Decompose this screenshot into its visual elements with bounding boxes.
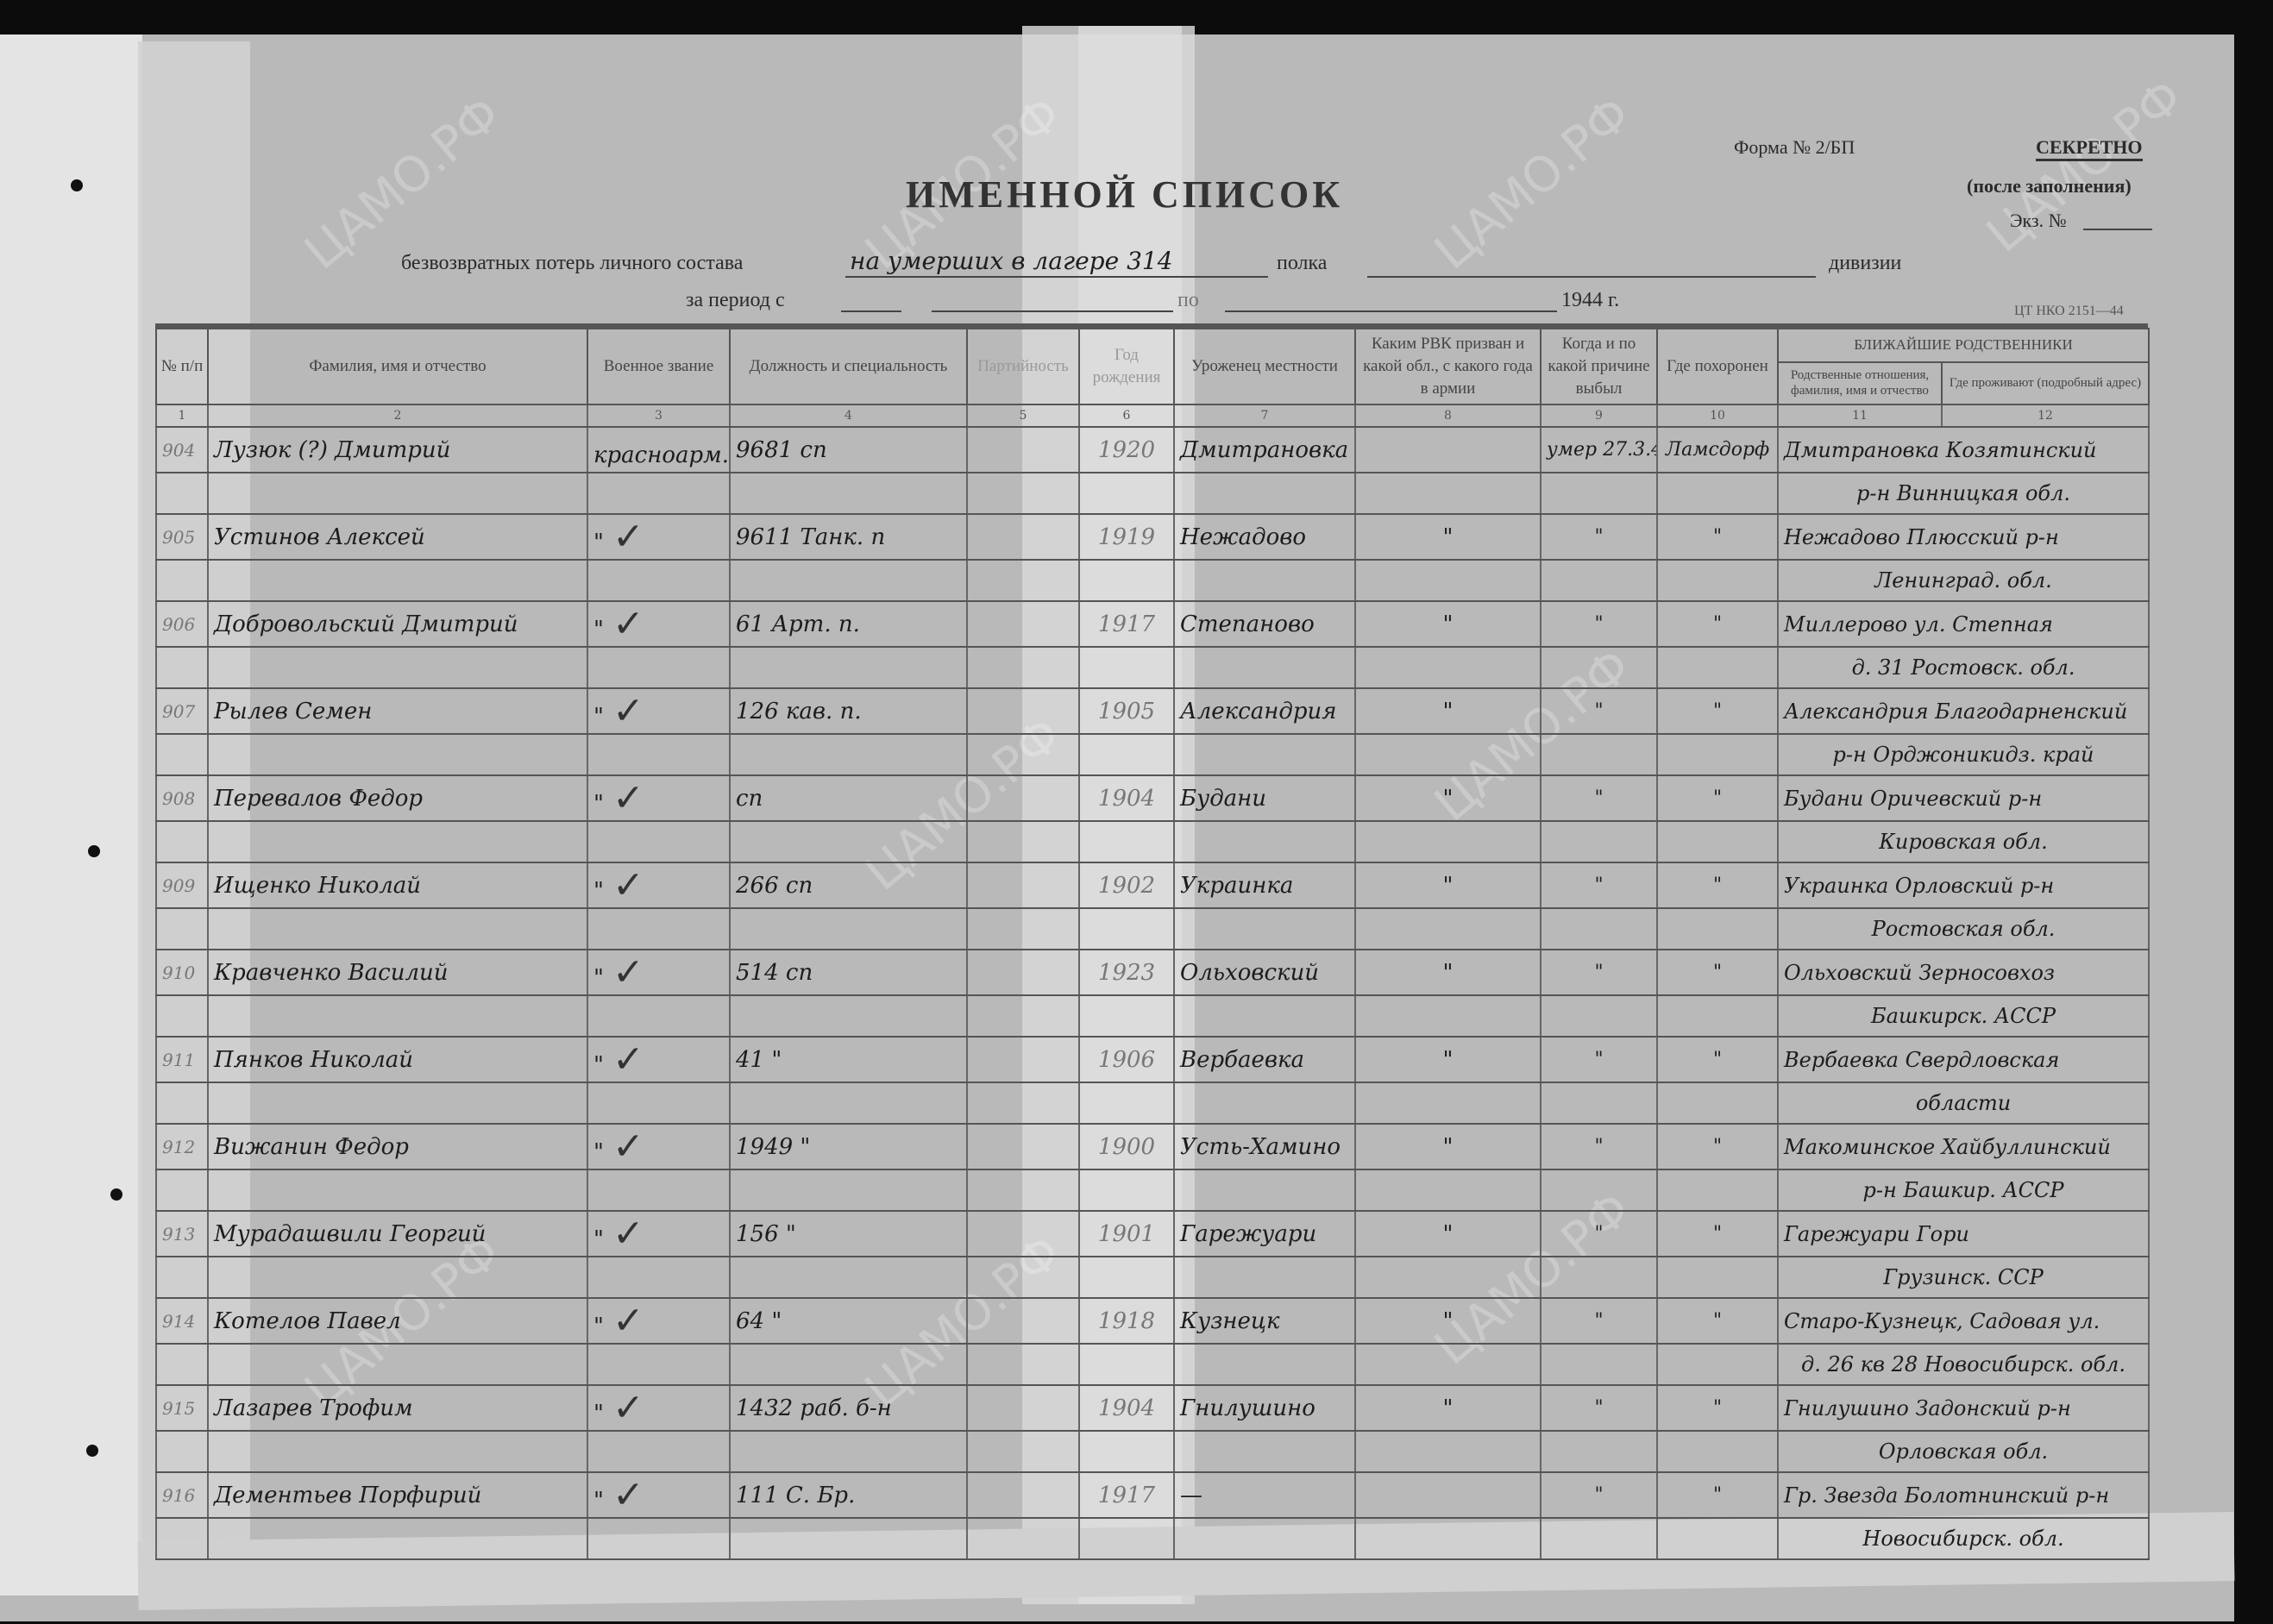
col-header-9: Когда и по какой причине выбыл [1541,329,1657,404]
col-num: 11 [1778,404,1942,427]
unit-position: 41 " [730,1037,967,1082]
military-rank: "✓ [587,688,730,734]
relatives-address-line2: Грузинск. ССР [1778,1257,2149,1298]
date-reason: " [1541,1298,1657,1344]
relatives-address: Дмитрановка Козятинский [1778,427,2149,473]
form-number: Форма № 2/БП [1734,136,1855,159]
col-header-6: Год рождения [1079,329,1174,404]
relatives-address-line2: Кировская обл. [1778,821,2149,862]
col-num: 2 [208,404,587,427]
full-name: Добровольский Дмитрий [208,601,587,647]
full-name: Вижанин Федор [208,1124,587,1169]
conscription-office: " [1355,514,1541,560]
full-name: Пянков Николай [208,1037,587,1082]
row-number: 907 [156,688,208,734]
column-number-row: 1 2 3 4 5 6 7 8 9 10 11 12 [156,404,2149,427]
burial-place: " [1657,1124,1778,1169]
full-name: Лузюк (?) Дмитрий [208,427,587,473]
relatives-address-line2: Ростовская обл. [1778,908,2149,950]
birthplace: Вербаевка [1174,1037,1355,1082]
table-row: 914 Котелов Павел "✓ 64 " 1918 Кузнецк "… [156,1298,2149,1344]
birth-year: 1904 [1079,1385,1174,1431]
party-affiliation [967,862,1079,908]
check-mark-icon: ✓ [612,1038,644,1082]
party-affiliation [967,950,1079,995]
table-row: 904 Лузюк (?) Дмитрий красноарм.✓ 9681 с… [156,427,2149,473]
date-reason: " [1541,601,1657,647]
party-affiliation [967,427,1079,473]
birthplace: Дмитрановка [1174,427,1355,473]
full-name: Устинов Алексей [208,514,587,560]
unit-position: 1432 раб. б-н [730,1385,967,1431]
burial-place: " [1657,1298,1778,1344]
burial-place: " [1657,514,1778,560]
table-row-continuation: Башкирск. АССР [156,995,2149,1037]
unit-position: 111 С. Бр. [730,1472,967,1518]
table-row-continuation: Новосибирск. обл. [156,1518,2149,1559]
row-number: 908 [156,775,208,821]
col-header-8: Каким РВК призван и какой обл., с какого… [1355,329,1541,404]
military-rank: "✓ [587,1298,730,1344]
birthplace: Усть-Хамино [1174,1124,1355,1169]
table-row-continuation: р-н Орджоникидз. край [156,734,2149,775]
conscription-office: " [1355,601,1541,647]
burial-place: " [1657,1472,1778,1518]
conscription-office: " [1355,862,1541,908]
relatives-address-line2: Орловская обл. [1778,1431,2149,1472]
after-filling-note: (после заполнения) [1967,175,2132,198]
birthplace: Гарежуари [1174,1211,1355,1257]
relatives-address-line2: Новосибирск. обл. [1778,1518,2149,1559]
birth-year: 1918 [1079,1298,1174,1344]
party-affiliation [967,688,1079,734]
check-mark-icon: ✓ [612,950,644,994]
relatives-address-line2: р-н Орджоникидз. край [1778,734,2149,775]
row-number: 913 [156,1211,208,1257]
burial-place: " [1657,1037,1778,1082]
party-affiliation [967,1298,1079,1344]
col-header-10: Где похоронен [1657,329,1778,404]
punch-hole [110,1188,122,1201]
relatives-group-header: БЛИЖАЙШИЕ РОДСТВЕННИКИ [1778,329,2149,362]
conscription-office: " [1355,775,1541,821]
tape-strip-left [0,34,142,1596]
relatives-address: Гр. Звезда Болотнинский р-н [1778,1472,2149,1518]
full-name: Котелов Павел [208,1298,587,1344]
birth-year: 1906 [1079,1037,1174,1082]
col-header-5: Партийность [967,329,1079,404]
check-mark-icon: ✓ [612,1386,644,1430]
relatives-address: Макоминское Хайбуллинский [1778,1124,2149,1169]
full-name: Ищенко Николай [208,862,587,908]
conscription-office [1355,1472,1541,1518]
birth-year: 1902 [1079,862,1174,908]
fill-line [932,310,1173,312]
document-title: ИМЕННОЙ СПИСОК [906,172,1343,216]
check-mark-icon: ✓ [612,1212,644,1256]
table-row: 913 Мурадашвили Георгий "✓ 156 " 1901 Га… [156,1211,2149,1257]
birth-year: 1900 [1079,1124,1174,1169]
conscription-office: " [1355,950,1541,995]
birth-year: 1917 [1079,1472,1174,1518]
conscription-office: " [1355,1037,1541,1082]
date-reason: " [1541,1211,1657,1257]
table-row-continuation: д. 31 Ростовск. обл. [156,647,2149,688]
full-name: Лазарев Трофим [208,1385,587,1431]
relatives-address-line2: д. 31 Ростовск. обл. [1778,647,2149,688]
birth-year: 1905 [1079,688,1174,734]
military-rank: "✓ [587,1037,730,1082]
date-reason: " [1541,688,1657,734]
relatives-address-line2: р-н Винницкая обл. [1778,473,2149,514]
military-rank: "✓ [587,1211,730,1257]
date-reason: " [1541,514,1657,560]
fill-line [1367,276,1816,278]
row-number: 905 [156,514,208,560]
date-reason: " [1541,775,1657,821]
burial-place: " [1657,1385,1778,1431]
col-header-3: Военное звание [587,329,730,404]
row-number: 904 [156,427,208,473]
col-num: 9 [1541,404,1657,427]
burial-place: " [1657,862,1778,908]
military-rank: "✓ [587,775,730,821]
division-label: дивизии [1829,252,1901,275]
table-row: 915 Лазарев Трофим "✓ 1432 раб. б-н 1904… [156,1385,2149,1431]
unit-position: 156 " [730,1211,967,1257]
birthplace: Ольховский [1174,950,1355,995]
date-reason: " [1541,1037,1657,1082]
unit-position: 64 " [730,1298,967,1344]
row-number: 909 [156,862,208,908]
full-name: Перевалов Федор [208,775,587,821]
row-number: 912 [156,1124,208,1169]
birthplace: Александрия [1174,688,1355,734]
check-mark-icon: ✓ [612,689,644,733]
unit-position: 9611 Танк. п [730,514,967,560]
punch-hole [86,1445,98,1457]
casualty-table: № п/п Фамилия, имя и отчество Военное зв… [155,328,2150,1560]
birthplace: Будани [1174,775,1355,821]
copy-number-line [2083,229,2152,230]
birth-year: 1901 [1079,1211,1174,1257]
relatives-address-line2: Ленинград. обл. [1778,560,2149,601]
military-rank: "✓ [587,1124,730,1169]
table-row-continuation: Ростовская обл. [156,908,2149,950]
date-reason: " [1541,950,1657,995]
col-num: 5 [967,404,1079,427]
burial-place: " [1657,775,1778,821]
table-header-row: № п/п Фамилия, имя и отчество Военное зв… [156,329,2149,362]
col-num: 1 [156,404,208,427]
conscription-office: " [1355,1385,1541,1431]
relatives-address: Вербаевка Свердловская [1778,1037,2149,1082]
relatives-address-line2: Башкирск. АССР [1778,995,2149,1037]
date-reason: " [1541,862,1657,908]
conscription-office: " [1355,1124,1541,1169]
full-name: Дементьев Порфирий [208,1472,587,1518]
period-prefix: за период с [686,289,785,312]
relatives-address: Гнилушино Задонский р-н [1778,1385,2149,1431]
conscription-office: " [1355,1298,1541,1344]
col-num: 8 [1355,404,1541,427]
subtitle-handwritten: на умерших в лагере 314 [850,247,1173,275]
row-number: 910 [156,950,208,995]
unit-position: 126 кав. п. [730,688,967,734]
military-rank: красноарм.✓ [587,427,730,473]
burial-place: " [1657,688,1778,734]
unit-position: 9681 сп [730,427,967,473]
table-row-continuation: Орловская обл. [156,1431,2149,1472]
col-header-2: Фамилия, имя и отчество [208,329,587,404]
relatives-address: Будани Оричевский р-н [1778,775,2149,821]
table-row-continuation: области [156,1082,2149,1124]
unit-position: 1949 " [730,1124,967,1169]
col-header-7: Уроженец местности [1174,329,1355,404]
row-number: 915 [156,1385,208,1431]
party-affiliation [967,601,1079,647]
conscription-office [1355,427,1541,473]
row-number: 911 [156,1037,208,1082]
punch-hole [71,179,83,191]
fill-line [845,276,1268,278]
print-code: ЦТ НКО 2151—44 [2014,304,2124,319]
date-reason: " [1541,1472,1657,1518]
col-num: 3 [587,404,730,427]
col-num: 10 [1657,404,1778,427]
unit-position: 514 сп [730,950,967,995]
military-rank: "✓ [587,950,730,995]
party-affiliation [967,1211,1079,1257]
birth-year: 1920 [1079,427,1174,473]
conscription-office: " [1355,688,1541,734]
party-affiliation [967,1124,1079,1169]
relatives-address: Нежадово Плюсский р-н [1778,514,2149,560]
relatives-address: Ольховский Зерносовхоз [1778,950,2149,995]
table-row-continuation: р-н Винницкая обл. [156,473,2149,514]
table-row-continuation: Кировская обл. [156,821,2149,862]
punch-hole [88,845,100,857]
check-mark-icon: ✓ [612,863,644,907]
birthplace: Степаново [1174,601,1355,647]
fill-line [841,310,901,312]
party-affiliation [967,1037,1079,1082]
date-reason: умер 27.3.44 [1541,427,1657,473]
birth-year: 1919 [1079,514,1174,560]
col-num: 6 [1079,404,1174,427]
relatives-address: Старо-Кузнецк, Садовая ул. [1778,1298,2149,1344]
col-header-11: Родственные отношения, фамилия, имя и от… [1778,362,1942,404]
table-row: 916 Дементьев Порфирий "✓ 111 С. Бр. 191… [156,1472,2149,1518]
burial-place: " [1657,1211,1778,1257]
row-number: 916 [156,1472,208,1518]
party-affiliation [967,514,1079,560]
party-affiliation [967,1472,1079,1518]
table-row-continuation: Грузинск. ССР [156,1257,2149,1298]
table-row: 912 Вижанин Федор "✓ 1949 " 1900 Усть-Ха… [156,1124,2149,1169]
table-row: 909 Ищенко Николай "✓ 266 сп 1902 Украин… [156,862,2149,908]
military-rank: "✓ [587,862,730,908]
party-affiliation [967,775,1079,821]
copy-number-label: Экз. № [2010,210,2067,232]
year-label: 1944 г. [1561,289,1619,312]
table-row: 906 Добровольский Дмитрий "✓ 61 Арт. п. … [156,601,2149,647]
birthplace: Гнилушино [1174,1385,1355,1431]
birth-year: 1923 [1079,950,1174,995]
relatives-address-line2: области [1778,1082,2149,1124]
military-rank: "✓ [587,1385,730,1431]
full-name: Рылев Семен [208,688,587,734]
military-rank: "✓ [587,601,730,647]
col-header-12: Где проживают (подробный адрес) [1942,362,2149,404]
table-row: 911 Пянков Николай "✓ 41 " 1906 Вербаевк… [156,1037,2149,1082]
unit-position: сп [730,775,967,821]
relatives-address-line2: р-н Башкир. АССР [1778,1169,2149,1211]
date-reason: " [1541,1124,1657,1169]
full-name: Мурадашвили Георгий [208,1211,587,1257]
birthplace: — [1174,1472,1355,1518]
birth-year: 1904 [1079,775,1174,821]
birthplace: Украинка [1174,862,1355,908]
full-name: Кравченко Василий [208,950,587,995]
col-header-1: № п/п [156,329,208,404]
burial-place: Ламсдорф [1657,427,1778,473]
birthplace: Нежадово [1174,514,1355,560]
check-mark-icon: ✓ [612,1125,644,1169]
burial-place: " [1657,950,1778,995]
table-row: 907 Рылев Семен "✓ 126 кав. п. 1905 Алек… [156,688,2149,734]
relatives-address: Гарежуари Гори [1778,1211,2149,1257]
military-rank: "✓ [587,1472,730,1518]
relatives-address: Миллерово ул. Степная [1778,601,2149,647]
table-row-continuation: д. 26 кв 28 Новосибирск. обл. [156,1344,2149,1385]
relatives-address: Украинка Орловский р-н [1778,862,2149,908]
check-mark-icon: ✓ [612,1299,644,1343]
check-mark-icon: ✓ [612,515,644,559]
secret-label: СЕКРЕТНО [2036,136,2143,161]
party-affiliation [967,1385,1079,1431]
relatives-address: Александрия Благодарненский [1778,688,2149,734]
table-row-continuation: р-н Башкир. АССР [156,1169,2149,1211]
check-mark-icon: ✓ [612,602,644,646]
row-number: 906 [156,601,208,647]
col-num: 7 [1174,404,1355,427]
check-mark-icon: ✓ [612,1473,644,1517]
table-row: 910 Кравченко Василий "✓ 514 сп 1923 Оль… [156,950,2149,995]
col-num: 4 [730,404,967,427]
unit-position: 61 Арт. п. [730,601,967,647]
fill-line [1225,310,1557,312]
row-number: 914 [156,1298,208,1344]
unit-position: 266 сп [730,862,967,908]
col-num: 12 [1942,404,2149,427]
period-to-label: по [1177,289,1199,312]
regiment-label: полка [1277,252,1327,275]
conscription-office: " [1355,1211,1541,1257]
table-row: 905 Устинов Алексей "✓ 9611 Танк. п 1919… [156,514,2149,560]
burial-place: " [1657,601,1778,647]
check-mark-icon: ✓ [612,776,644,820]
table-row-continuation: Ленинград. обл. [156,560,2149,601]
subtitle-prefix: безвозвратных потерь личного состава [401,252,743,275]
birthplace: Кузнецк [1174,1298,1355,1344]
table-row: 908 Перевалов Федор "✓ сп 1904 Будани " … [156,775,2149,821]
col-header-4: Должность и специальность [730,329,967,404]
birth-year: 1917 [1079,601,1174,647]
date-reason: " [1541,1385,1657,1431]
military-rank: "✓ [587,514,730,560]
relatives-address-line2: д. 26 кв 28 Новосибирск. обл. [1778,1344,2149,1385]
